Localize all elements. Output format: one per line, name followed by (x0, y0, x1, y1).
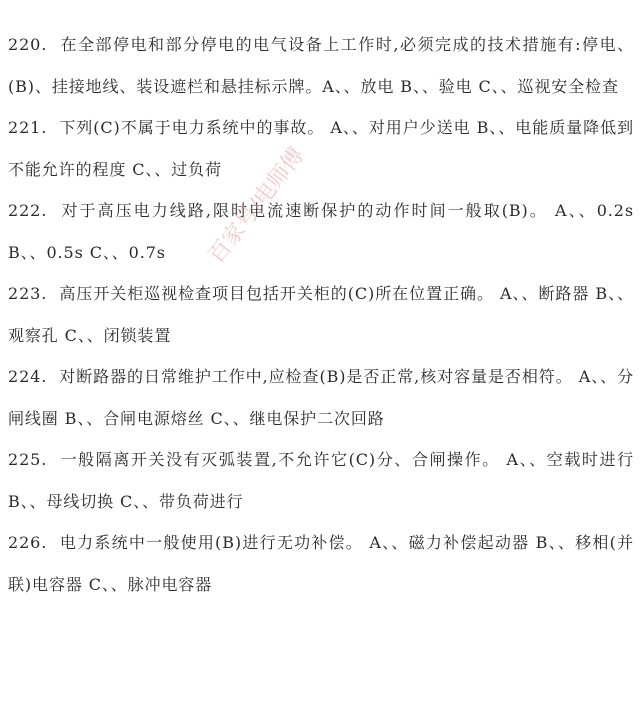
question-222: 222. 对于高压电力线路,限时电流速断保护的动作时间一般取(B)。 A、、0.… (8, 190, 634, 273)
question-list: 220. 在全部停电和部分停电的电气设备上工作时,必须完成的技术措施有:停电、(… (8, 24, 634, 605)
question-number: 220. (8, 35, 47, 54)
question-226: 226. 电力系统中一般使用(B)进行无功补偿。 A、、磁力补偿起动器 B、、移… (8, 522, 634, 605)
question-text: 一般隔离开关没有灭弧装置,不允许它(C)分、合闸操作。 A、、空载时进行 B、、… (8, 450, 634, 511)
question-225: 225. 一般隔离开关没有灭弧装置,不允许它(C)分、合闸操作。 A、、空载时进… (8, 439, 634, 522)
question-text: 电力系统中一般使用(B)进行无功补偿。 A、、磁力补偿起动器 B、、移相(并联)… (8, 533, 634, 594)
question-number: 224. (8, 367, 47, 386)
question-224: 224. 对断路器的日常维护工作中,应检查(B)是否正常,核对容量是否相符。 A… (8, 356, 634, 439)
question-221: 221. 下列(C)不属于电力系统中的事故。 A、、对用户少送电 B、、电能质量… (8, 107, 634, 190)
question-number: 221. (8, 118, 47, 137)
question-220: 220. 在全部停电和部分停电的电气设备上工作时,必须完成的技术措施有:停电、(… (8, 24, 634, 107)
question-number: 223. (8, 284, 47, 303)
question-text: 在全部停电和部分停电的电气设备上工作时,必须完成的技术措施有:停电、(B)、挂接… (8, 35, 634, 96)
question-text: 对断路器的日常维护工作中,应检查(B)是否正常,核对容量是否相符。 A、、分闸线… (8, 367, 634, 428)
question-number: 222. (8, 201, 47, 220)
question-223: 223. 高压开关柜巡视检查项目包括开关柜的(C)所在位置正确。 A、、断路器 … (8, 273, 634, 356)
question-text: 对于高压电力线路,限时电流速断保护的动作时间一般取(B)。 A、、0.2s B、… (8, 201, 634, 262)
question-text: 下列(C)不属于电力系统中的事故。 A、、对用户少送电 B、、电能质量降低到不能… (8, 118, 634, 179)
question-text: 高压开关柜巡视检查项目包括开关柜的(C)所在位置正确。 A、、断路器 B、、观察… (8, 284, 634, 345)
question-number: 226. (8, 533, 47, 552)
question-number: 225. (8, 450, 47, 469)
